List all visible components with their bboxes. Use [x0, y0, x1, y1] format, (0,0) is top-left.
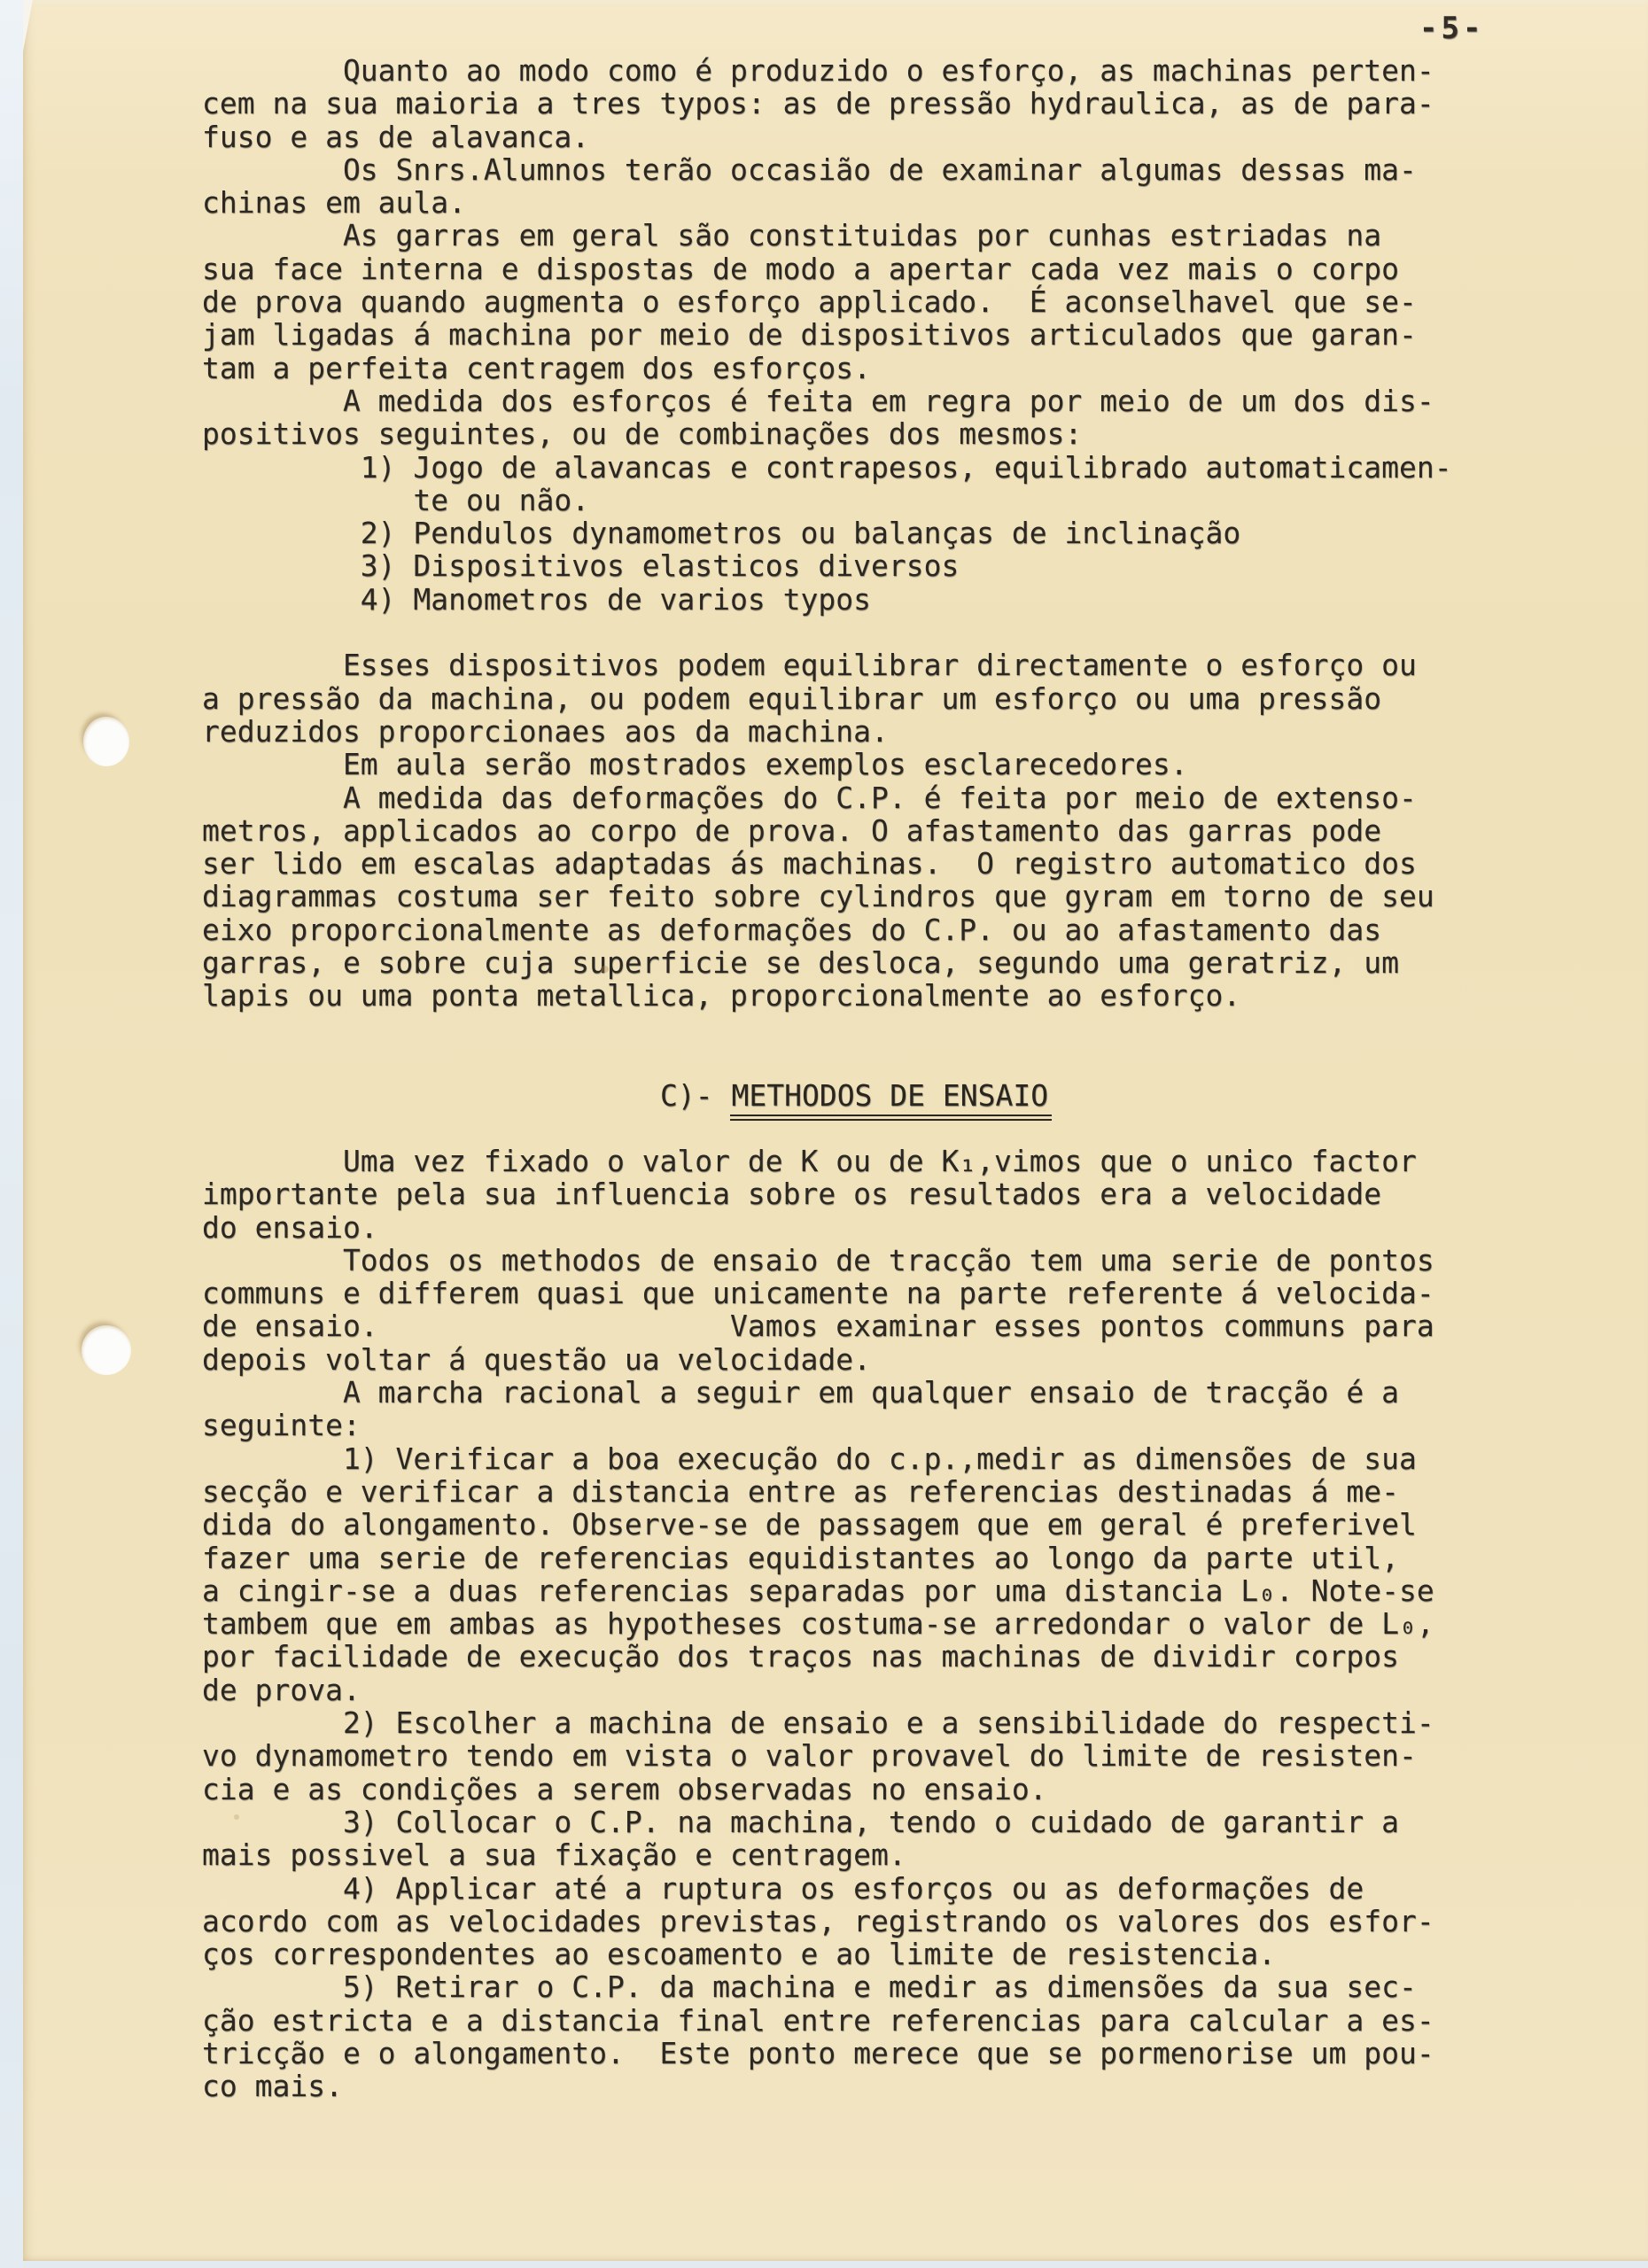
paper-speck — [1267, 165, 1273, 170]
paper-speck — [234, 1814, 239, 1820]
punch-hole-top — [83, 717, 129, 766]
section-heading-prefix: C)- — [660, 1078, 730, 1113]
section-heading-title: METHODOS DE ENSAIO — [730, 1078, 1052, 1121]
paper-speck — [601, 966, 609, 973]
scanner-edge-strip — [0, 0, 23, 2268]
page-number: -5- — [1419, 11, 1484, 46]
paper-corner-nick — [23, 0, 33, 51]
scanned-document-screenshot: { "page": { "number_label": "-5-", "pape… — [0, 0, 1648, 2268]
section-heading: C)- METHODOS DE ENSAIO — [660, 1079, 1052, 1112]
typed-text-block-upper: Quanto ao modo como é produzido o esforç… — [202, 54, 1452, 1013]
document-page: -5- Quanto ao modo como é produzido o es… — [23, 0, 1648, 2261]
typed-text-block-lower: Uma vez fixado o valor de K ou de K₁,vim… — [202, 1145, 1434, 2103]
punch-hole-bottom — [82, 1325, 131, 1375]
